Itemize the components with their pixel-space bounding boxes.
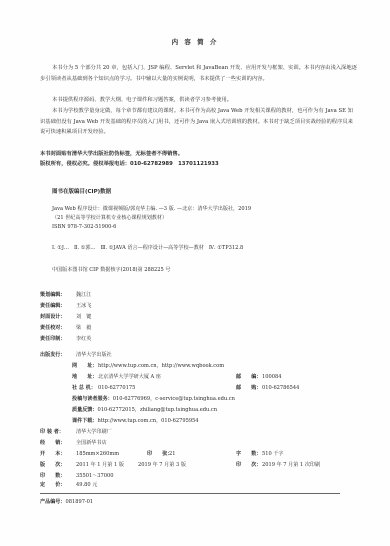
divider-line bbox=[40, 493, 340, 494]
summary-paragraph-1: 本书分为 5 个部分共 20 章，包括入门、JSP 编程、Servlet 和 J… bbox=[40, 63, 358, 84]
publisher-postcode: 邮 编：100084 bbox=[236, 373, 281, 380]
summary-paragraph-2: 本书提供程序源码、教学大纲、电子课件和习题答案，供读者学习参考使用。 bbox=[40, 95, 358, 106]
summary-paragraph-3: 本书为学校教学量身定做，每个章节都有建议的课时。本书可作为高校 Java Web… bbox=[40, 106, 358, 138]
credit-planning-editor: 策划编辑：魏江江 bbox=[40, 291, 91, 298]
cip-isbn: ISBN 978-7-302-51900-6 bbox=[52, 224, 116, 230]
edition-current: 2019 年 7 月第 3 版 bbox=[138, 461, 186, 468]
cip-classification: Ⅰ. ①J… Ⅱ. ①郭… Ⅲ. ①JAVA 语言—程序设计—高等学校—教材 Ⅳ… bbox=[52, 244, 243, 251]
credit-proofreader: 责任校对：梁 毅 bbox=[40, 324, 91, 331]
cip-heading: 图书在版编目(CIP)数据 bbox=[52, 187, 111, 195]
format-line: 开 本：185mm×260mm bbox=[40, 450, 119, 457]
printer-line: 印 装 者：清华大学印刷厂 bbox=[40, 428, 112, 435]
publisher-quality-feedback: 质量反馈：010-62772015，zhiliang@tup.tsinghua.… bbox=[72, 406, 217, 413]
publisher-submission: 投稿与读者服务：010-62776969，c-service@tup.tsing… bbox=[72, 395, 235, 402]
publisher-address: 地 址：北京清华大学学研大厦 A 座 bbox=[72, 373, 161, 380]
print-run-line: 印 数：35501～37000 bbox=[40, 472, 114, 479]
publisher-switchboard: 社 总 机：010-62770175 bbox=[72, 384, 135, 391]
impression-line: 印 次：2019 年 7 月第 1 次印刷 bbox=[236, 461, 320, 468]
credit-printing-supervisor: 责任印制：李红英 bbox=[40, 335, 91, 342]
anti-counterfeit-notice: 本书封面贴有清华大学出版社防伪标签，无标签者不得销售。 bbox=[40, 149, 183, 157]
distributor-line: 经 销：全国新华书店 bbox=[40, 439, 107, 446]
cip-line-2: （21 世纪高等学校计算机专业核心课程规划教材） bbox=[52, 214, 167, 221]
product-code-line: 产品编号：081897-01 bbox=[40, 498, 93, 505]
credit-editor: 责任编辑：王冰飞 bbox=[40, 302, 91, 309]
word-count-line: 字 数：510 千字 bbox=[236, 450, 284, 457]
publisher-mail-order: 邮 购：010-62786544 bbox=[236, 384, 299, 391]
credit-cover-design: 封面设计：刘 键 bbox=[40, 313, 91, 320]
edition-line: 版 次：2011 年 1 月第 1 版 bbox=[40, 461, 124, 468]
cip-record: 中国版本图书馆 CIP 数据核字(2018)第 288225 号 bbox=[52, 266, 170, 273]
copyright-notice: 版权所有，侵权必究。侵权举报电话：010-62782989 1370112193… bbox=[40, 159, 219, 167]
publisher-website: 网 址：http://www.tup.com.cn，http://www.wqb… bbox=[72, 362, 224, 369]
sheets-line: 印 张：21 bbox=[147, 450, 175, 457]
publisher-courseware-download: 课件下载：http://www.tup.com.cn，010-62795954 bbox=[72, 417, 199, 424]
cip-line-1: Java Web 程序设计：微课视频版/郭克华主编. —3 版. —北京：清华大… bbox=[52, 205, 251, 212]
price-line: 定 价：49.80 元 bbox=[40, 481, 97, 488]
publisher-line: 出版发行：清华大学出版社 bbox=[40, 351, 112, 358]
summary-title: 内 容 简 介 bbox=[0, 37, 390, 46]
